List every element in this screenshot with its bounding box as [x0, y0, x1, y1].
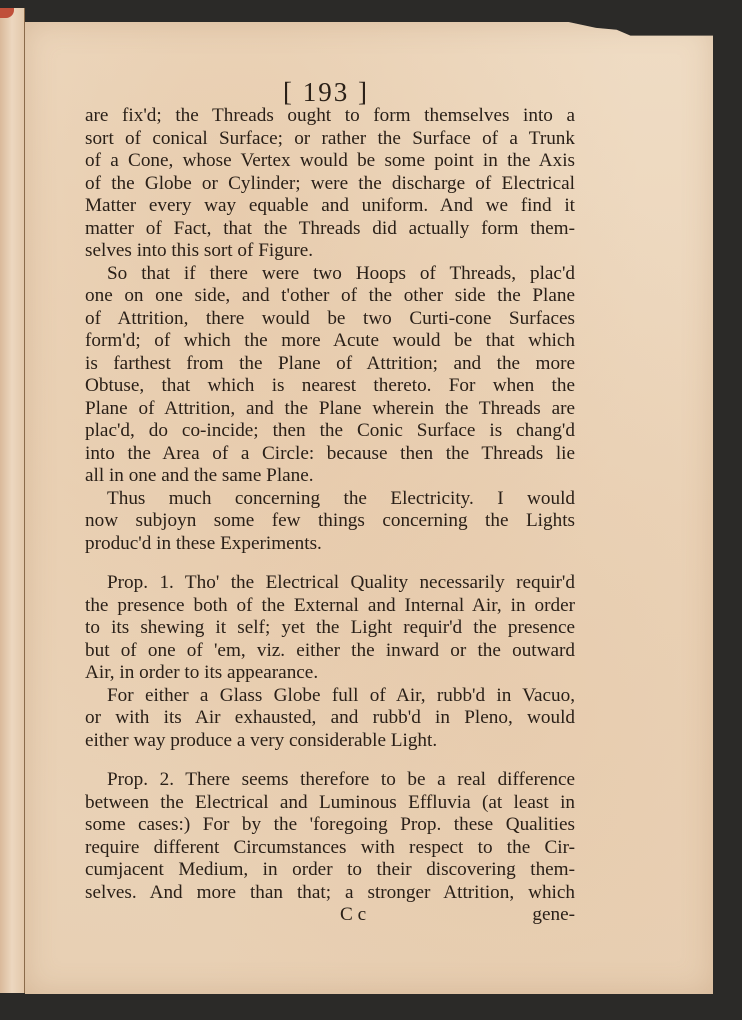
text-line: now subjoyn some few things concerning t…	[85, 510, 575, 533]
text-line: matter of Fact, that the Threads did act…	[85, 218, 575, 241]
text-line: is farthest from the Plane of Attrition;…	[85, 353, 575, 376]
text-line: selves into this sort of Figure.	[85, 240, 575, 263]
text-line: cumjacent Medium, in order to their disc…	[85, 859, 575, 882]
proposition-1: Prop. 1. Tho' the Electrical Quality nec…	[85, 572, 575, 685]
text-line: Matter every way equable and uniform. An…	[85, 195, 575, 218]
text-line: of Attrition, there would be two Curti-c…	[85, 308, 575, 331]
paragraph: So that if there were two Hoops of Threa…	[85, 263, 575, 488]
text-line: or with its Air exhausted, and rubb'd in…	[85, 707, 575, 730]
text-line: So that if there were two Hoops of Threa…	[85, 263, 575, 286]
text-line: For either a Glass Globe full of Air, ru…	[85, 685, 575, 708]
facing-page-edge	[0, 8, 25, 993]
text-line: between the Electrical and Luminous Effl…	[85, 792, 575, 815]
text-line: Prop. 1. Tho' the Electrical Quality nec…	[85, 572, 575, 595]
text-line: but of one of 'em, viz. either the inwar…	[85, 640, 575, 663]
text-line: the presence both of the External and In…	[85, 595, 575, 618]
text-line: Obtuse, that which is nearest thereto. F…	[85, 375, 575, 398]
signature-mark: C c	[340, 904, 366, 927]
text-line: require different Circumstances with res…	[85, 837, 575, 860]
text-line: one on one side, and t'other of the othe…	[85, 285, 575, 308]
paragraph: are fix'd; the Threads ought to form the…	[85, 105, 575, 263]
text-line: form'd; of which the more Acute would be…	[85, 330, 575, 353]
text-line: to its shewing it self; yet the Light re…	[85, 617, 575, 640]
text-line: Plane of Attrition, and the Plane wherei…	[85, 398, 575, 421]
text-line: Air, in order to its appearance.	[85, 662, 575, 685]
page-number: [ 193 ]	[283, 77, 369, 108]
page-text: are fix'd; the Threads ought to form the…	[85, 105, 575, 927]
text-line: are fix'd; the Threads ought to form the…	[85, 105, 575, 128]
text-line: Prop. 2. There seems therefore to be a r…	[85, 769, 575, 792]
text-line: into the Area of a Circle: because then …	[85, 443, 575, 466]
paragraph-gap	[85, 555, 575, 572]
text-line: selves. And more than that; a stronger A…	[85, 882, 575, 905]
text-line: of the Globe or Cylinder; were the disch…	[85, 173, 575, 196]
catchword: gene-	[532, 904, 575, 927]
paragraph: For either a Glass Globe full of Air, ru…	[85, 685, 575, 753]
text-line: Thus much concerning the Electricity. I …	[85, 488, 575, 511]
text-line: plac'd, do co-incide; then the Conic Sur…	[85, 420, 575, 443]
book-page: [ 193 ] are fix'd; the Threads ought to …	[25, 22, 713, 994]
text-line: of a Cone, whose Vertex would be some po…	[85, 150, 575, 173]
text-line: sort of conical Surface; or rather the S…	[85, 128, 575, 151]
paragraph-gap	[85, 752, 575, 769]
text-line: some cases:) For by the 'foregoing Prop.…	[85, 814, 575, 837]
text-line: either way produce a very considerable L…	[85, 730, 575, 753]
text-line: produc'd in these Experiments.	[85, 533, 575, 556]
paragraph: Thus much concerning the Electricity. I …	[85, 488, 575, 556]
text-line: all in one and the same Plane.	[85, 465, 575, 488]
proposition-2: Prop. 2. There seems therefore to be a r…	[85, 769, 575, 904]
page-footer: C c gene-	[85, 904, 575, 927]
